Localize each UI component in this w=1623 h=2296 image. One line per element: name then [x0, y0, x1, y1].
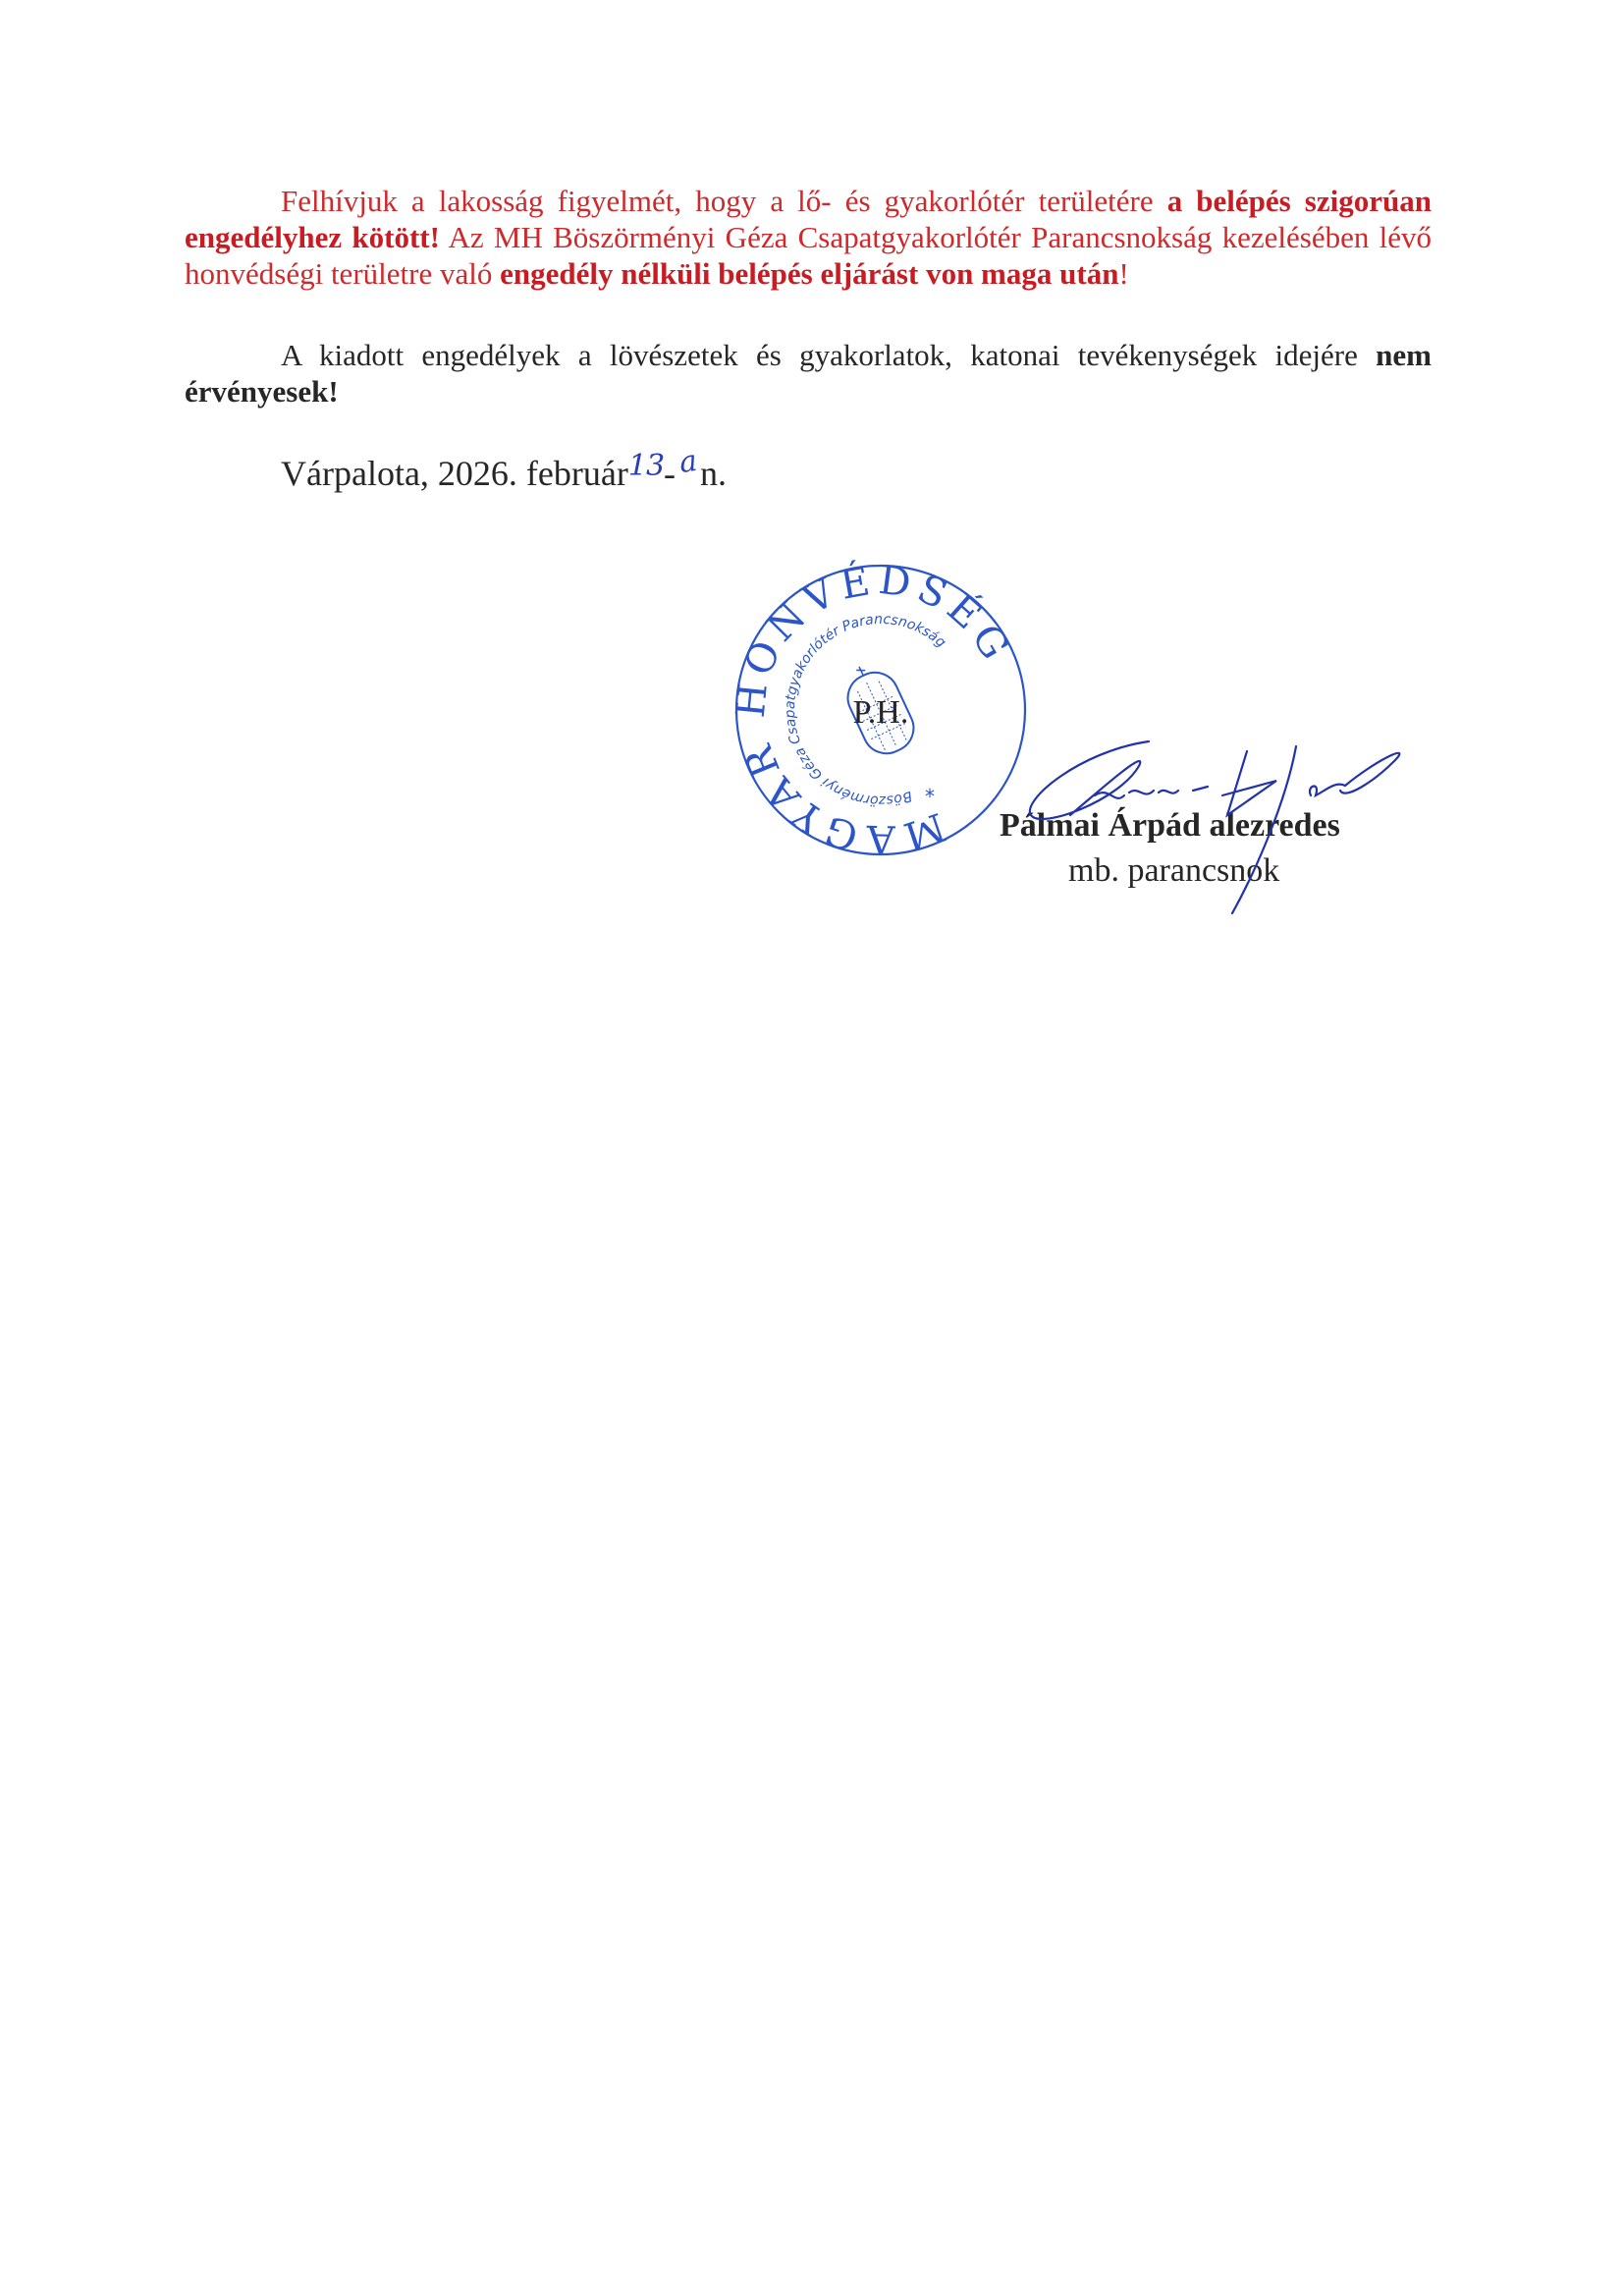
signer-name: Pálmai Árpád alezredes	[1000, 807, 1340, 845]
official-stamp: MAGYAR HONVÉDSÉG Böszörményi Géza Csapat…	[729, 558, 1033, 862]
date-separator: -	[664, 454, 676, 493]
signer-title: mb. parancsnok	[1068, 852, 1279, 890]
emphasized-text: engedély nélküli belépés eljárást von ma…	[500, 256, 1118, 291]
handwritten-day-suffix: a	[677, 444, 699, 480]
warning-paragraph: Felhívjuk a lakosság figyelmét, hogy a l…	[185, 183, 1432, 292]
place-date-line: Várpalota, 2026. február13-an.	[281, 453, 727, 494]
validity-paragraph: A kiadott engedélyek a lövészetek és gya…	[185, 337, 1432, 410]
date-suffix: n.	[700, 454, 727, 493]
body-text: Felhívjuk a lakosság figyelmét, hogy a l…	[281, 184, 1167, 218]
handwritten-day: 13	[628, 449, 664, 483]
stamp-star-icon: *	[925, 785, 935, 808]
body-text: !	[1118, 256, 1128, 291]
stamp-center-label: P.H.	[853, 694, 909, 731]
body-text: A kiadott engedélyek a lövészetek és gya…	[281, 338, 1376, 372]
date-prefix: Várpalota, 2026. február	[281, 454, 628, 493]
